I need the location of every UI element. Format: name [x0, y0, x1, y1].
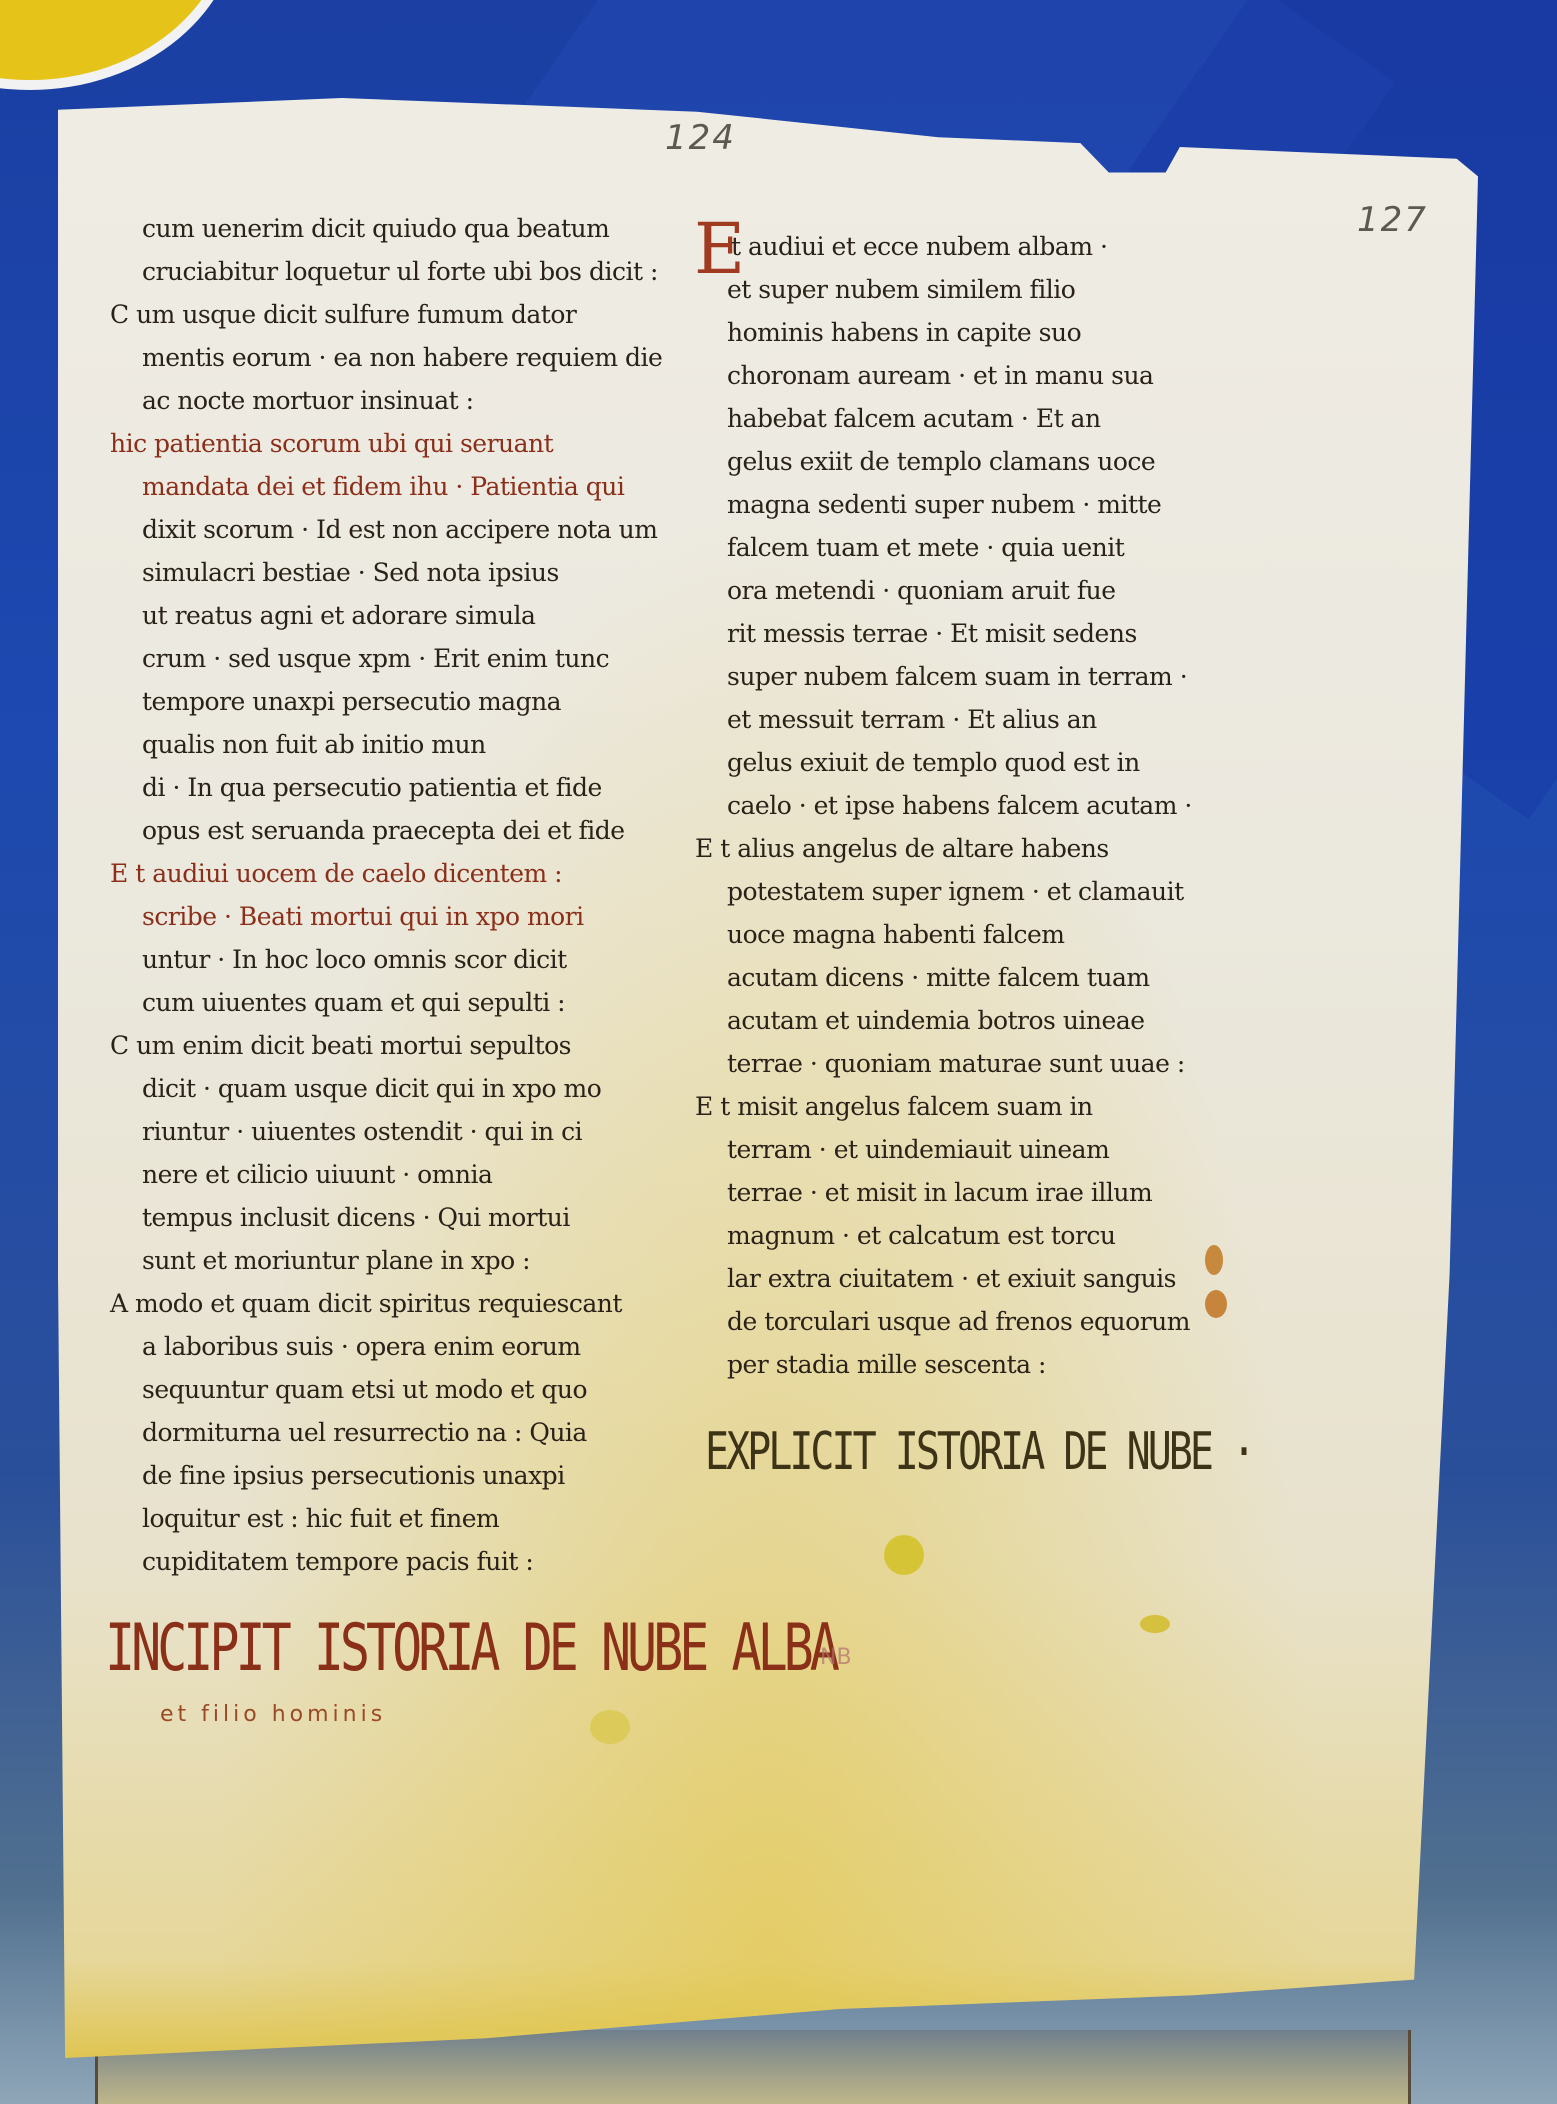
rubric-line: mandata dei et fidem ihu · Patientia qui — [110, 465, 630, 508]
text-line: caelo · et ipse habens falcem acutam · — [695, 784, 1215, 827]
text-line: magnum · et calcatum est torcu — [695, 1214, 1215, 1257]
incipit-heading: INCIPIT ISTORIA DE NUBE ALBA — [105, 1610, 836, 1685]
text-line: sequuntur quam etsi ut modo et quo — [110, 1368, 630, 1411]
text-line: habebat falcem acutam · Et an — [695, 397, 1215, 440]
text-line: gelus exiuit de templo quod est in — [695, 741, 1215, 784]
text-line: di · In qua persecutio patientia et fide — [110, 766, 630, 809]
text-line: A modo et quam dicit spiritus requiescan… — [110, 1282, 630, 1325]
rubric-line: hic patientia scorum ubi qui seruant — [110, 422, 630, 465]
text-line: de torculari usque ad frenos equorum — [695, 1300, 1215, 1343]
rubric-line: E t audiui uocem de caelo dicentem : — [110, 852, 630, 895]
text-line: C um usque dicit sulfure fumum dator — [110, 293, 630, 336]
text-line: et messuit terram · Et alius an — [695, 698, 1215, 741]
incipit-subtitle: et filio hominis — [160, 1702, 386, 1727]
text-line: dicit · quam usque dicit qui in xpo mo — [110, 1067, 630, 1110]
left-column-text: cum uenerim dicit quiudo qua beatum cruc… — [110, 207, 630, 1583]
text-line: ora metendi · quoniam aruit fue — [695, 569, 1215, 612]
stain — [884, 1535, 924, 1575]
text-line: C um enim dicit beati mortui sepultos — [110, 1024, 630, 1067]
stain — [1140, 1615, 1170, 1633]
text-line: et super nubem similem filio — [695, 268, 1215, 311]
text-line: tempore unaxpi persecutio magna — [110, 680, 630, 723]
text-line: uoce magna habenti falcem — [695, 913, 1215, 956]
text-line: hominis habens in capite suo — [695, 311, 1215, 354]
text-line: mentis eorum · ea non habere requiem die — [110, 336, 630, 379]
text-line: opus est seruanda praecepta dei et fide — [110, 809, 630, 852]
text-line: cupiditatem tempore pacis fuit : — [110, 1540, 630, 1583]
explicit-heading: EXPLICIT ISTORIA DE NUBE · — [705, 1422, 1253, 1482]
text-line: magna sedenti super nubem · mitte — [695, 483, 1215, 526]
text-line: dixit scorum · Id est non accipere nota … — [110, 508, 630, 551]
text-line: acutam et uindemia botros uineae — [695, 999, 1215, 1042]
text-line: gelus exiit de templo clamans uoce — [695, 440, 1215, 483]
right-column-text: t audiui et ecce nubem albam · et super … — [695, 225, 1215, 1386]
library-stamp: NB — [820, 1645, 852, 1670]
text-line: rit messis terrae · Et misit sedens — [695, 612, 1215, 655]
text-line: cum uenerim dicit quiudo qua beatum — [110, 207, 630, 250]
text-line: choronam auream · et in manu sua — [695, 354, 1215, 397]
text-line: potestatem super ignem · et clamauit — [695, 870, 1215, 913]
text-line: falcem tuam et mete · quia uenit — [695, 526, 1215, 569]
text-line: lar extra ciuitatem · et exiuit sanguis — [695, 1257, 1215, 1300]
text-line: acutam dicens · mitte falcem tuam — [695, 956, 1215, 999]
text-line: sunt et moriuntur plane in xpo : — [110, 1239, 630, 1282]
text-line: a laboribus suis · opera enim eorum — [110, 1325, 630, 1368]
text-line: loquitur est : hic fuit et finem — [110, 1497, 630, 1540]
text-line: cruciabitur loquetur ul forte ubi bos di… — [110, 250, 630, 293]
folio-number-center: 124 — [665, 118, 736, 158]
backdrop-logo-arc — [0, 0, 240, 90]
text-line: nere et cilicio uiuunt · omnia — [110, 1153, 630, 1196]
text-line: terrae · quoniam maturae sunt uuae : — [695, 1042, 1215, 1085]
text-line: tempus inclusit dicens · Qui mortui — [110, 1196, 630, 1239]
stain — [590, 1710, 630, 1744]
text-line: super nubem falcem suam in terram · — [695, 655, 1215, 698]
text-line: dormiturna uel resurrectio na : Quia — [110, 1411, 630, 1454]
text-line: t audiui et ecce nubem albam · — [695, 225, 1215, 268]
text-line: crum · sed usque xpm · Erit enim tunc — [110, 637, 630, 680]
text-line: terrae · et misit in lacum irae illum — [695, 1171, 1215, 1214]
text-line: per stadia mille sescenta : — [695, 1343, 1215, 1386]
text-line: cum uiuentes quam et qui sepulti : — [110, 981, 630, 1024]
text-line: untur · In hoc loco omnis scor dicit — [110, 938, 630, 981]
text-line: ac nocte mortuor insinuat : — [110, 379, 630, 422]
text-line: E t misit angelus falcem suam in — [695, 1085, 1215, 1128]
text-line: ut reatus agni et adorare simula — [110, 594, 630, 637]
rubric-line: scribe · Beati mortui qui in xpo mori — [110, 895, 630, 938]
text-line: E t alius angelus de altare habens — [695, 827, 1215, 870]
folio-number-corner: 127 — [1357, 200, 1428, 240]
text-line: de fine ipsius persecutionis unaxpi — [110, 1454, 630, 1497]
text-line: terram · et uindemiauit uineam — [695, 1128, 1215, 1171]
text-line: qualis non fuit ab initio mun — [110, 723, 630, 766]
text-line: simulacri bestiae · Sed nota ipsius — [110, 551, 630, 594]
text-line: riuntur · uiuentes ostendit · qui in ci — [110, 1110, 630, 1153]
